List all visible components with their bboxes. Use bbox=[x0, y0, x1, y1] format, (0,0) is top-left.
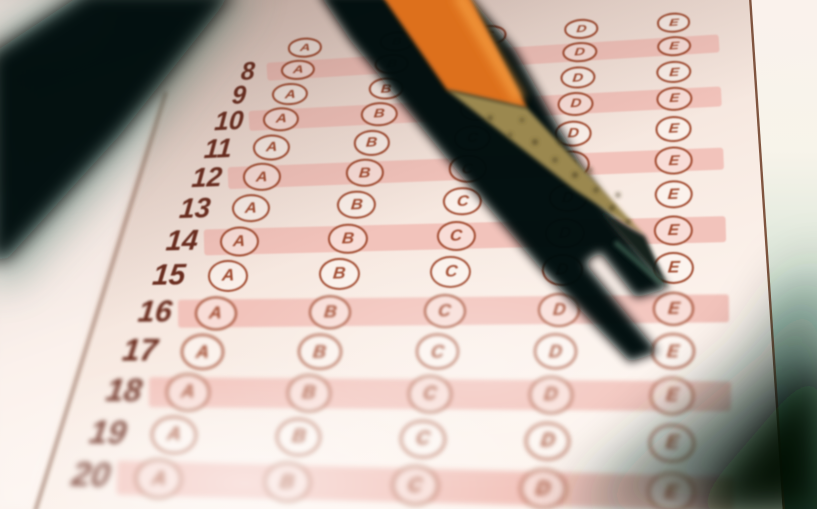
bubble-e: E bbox=[655, 60, 691, 84]
row-number: 19 bbox=[87, 413, 129, 452]
bubble-letter: D bbox=[555, 262, 569, 279]
bubble-c: C bbox=[430, 256, 471, 289]
bubble-letter: D bbox=[564, 157, 577, 172]
row-stripe bbox=[149, 377, 731, 412]
row-number: 20 bbox=[69, 456, 113, 496]
bubble-letter: C bbox=[443, 264, 457, 281]
bubble-b: B bbox=[380, 31, 415, 52]
row-number: 15 bbox=[150, 259, 186, 294]
bubble-letter: D bbox=[548, 342, 563, 360]
bubble-e: E bbox=[655, 115, 693, 142]
bubble-letter: B bbox=[373, 108, 385, 121]
bubble-b: B bbox=[360, 102, 397, 128]
bubble-letter: E bbox=[664, 482, 680, 502]
bubble-letter: A bbox=[255, 170, 268, 185]
bubble-letter: E bbox=[667, 222, 680, 238]
bubble-letter: C bbox=[437, 302, 452, 319]
bubble-letter: C bbox=[471, 103, 483, 116]
bubble-a: A bbox=[194, 296, 236, 330]
bubble-d: D bbox=[548, 183, 588, 213]
row-number: 18 bbox=[104, 372, 144, 409]
bubble-b: B bbox=[318, 258, 359, 291]
bubble-letter: B bbox=[358, 166, 371, 181]
bubble-e: E bbox=[655, 86, 692, 112]
bubble-d: D bbox=[520, 468, 568, 509]
bubble-letter: D bbox=[561, 190, 574, 205]
bubble-a: A bbox=[151, 415, 197, 454]
bubble-c: C bbox=[453, 124, 491, 151]
bubble-letter: A bbox=[244, 201, 257, 216]
bubble-e: E bbox=[654, 146, 693, 175]
bubble-letter: E bbox=[667, 187, 679, 202]
bubble-a: A bbox=[242, 162, 281, 191]
bubble-e: E bbox=[648, 472, 696, 509]
bubble-c: C bbox=[408, 376, 453, 413]
bubble-d: D bbox=[529, 376, 574, 413]
bubble-letter: B bbox=[279, 472, 296, 492]
bubble-letter: A bbox=[221, 268, 235, 285]
bubble-d: D bbox=[541, 254, 582, 287]
bubble-letter: C bbox=[466, 131, 478, 145]
bubble-d: D bbox=[525, 421, 571, 460]
bubble-b: B bbox=[287, 375, 332, 412]
bubble-c: C bbox=[416, 334, 459, 370]
bubble-a: A bbox=[288, 37, 323, 58]
row-number: 8 bbox=[240, 57, 256, 87]
bubble-a: A bbox=[181, 334, 224, 370]
bubble-letter: C bbox=[484, 30, 495, 41]
bubble-letter: E bbox=[668, 41, 679, 52]
bubble-letter: B bbox=[392, 36, 403, 47]
row-stripe bbox=[117, 462, 734, 509]
bubble-a: A bbox=[252, 134, 290, 161]
bubble-c: C bbox=[472, 25, 507, 46]
bubble-c: C bbox=[448, 154, 487, 183]
bubble-b: B bbox=[298, 334, 341, 370]
bubble-letter: A bbox=[233, 233, 247, 249]
bubble-letter: C bbox=[480, 52, 491, 63]
bubble-letter: B bbox=[302, 384, 318, 403]
bubble-letter: B bbox=[332, 266, 346, 283]
bubble-letter: D bbox=[572, 71, 584, 83]
bubble-letter: A bbox=[284, 88, 296, 100]
bubble-letter: E bbox=[668, 17, 678, 28]
bubble-c: C bbox=[442, 186, 482, 216]
bubble-letter: B bbox=[386, 58, 397, 69]
bubble-letter: A bbox=[181, 383, 197, 402]
bubble-letter: D bbox=[567, 127, 579, 141]
bubble-letter: C bbox=[423, 385, 439, 404]
row-number: 16 bbox=[136, 295, 174, 329]
bubble-e: E bbox=[654, 179, 694, 209]
bubble-e: E bbox=[653, 214, 694, 246]
bubble-letter: A bbox=[151, 469, 168, 489]
bubble-letter: D bbox=[558, 225, 572, 241]
bubble-letter: C bbox=[415, 429, 431, 449]
bubble-e: E bbox=[651, 333, 694, 369]
bubble-letter: B bbox=[322, 303, 337, 320]
bubble-letter: C bbox=[476, 77, 488, 89]
bubble-d: D bbox=[545, 217, 586, 249]
bubble-letter: D bbox=[574, 46, 585, 57]
bubble-b: B bbox=[328, 223, 369, 255]
bubble-a: A bbox=[219, 226, 260, 258]
row-number: 10 bbox=[213, 105, 244, 138]
bubble-c: C bbox=[436, 220, 477, 252]
bubble-letter: A bbox=[166, 425, 182, 445]
bubble-a: A bbox=[280, 58, 316, 81]
bubble-d: D bbox=[534, 334, 577, 370]
bubble-c: C bbox=[459, 97, 496, 123]
bubble-a: A bbox=[207, 260, 248, 293]
bubble-a: A bbox=[271, 82, 307, 106]
row-stripe bbox=[178, 294, 729, 327]
bubble-letter: E bbox=[668, 93, 679, 106]
bubble-b: B bbox=[309, 295, 351, 329]
bubble-letter: D bbox=[544, 386, 560, 405]
bubble-b: B bbox=[276, 417, 322, 456]
bubble-letter: E bbox=[667, 260, 680, 277]
bubble-a: A bbox=[231, 193, 271, 223]
bubble-d: D bbox=[559, 65, 595, 89]
row-stripe bbox=[248, 87, 722, 131]
bubble-letter: D bbox=[535, 479, 552, 499]
bubble-d: D bbox=[564, 18, 599, 39]
bubble-letter: E bbox=[666, 300, 680, 317]
bubble-a: A bbox=[262, 107, 299, 133]
bubble-letter: D bbox=[569, 98, 581, 111]
bubble-d: D bbox=[554, 120, 592, 147]
bubble-letter: A bbox=[195, 343, 210, 361]
photo-scene: ABCDE8ABCDE9ABCDE10ABCDE11ABCDE12ABCDE13… bbox=[0, 0, 817, 509]
bubble-e: E bbox=[652, 292, 694, 326]
bubble-c: C bbox=[400, 419, 446, 458]
row-stripe bbox=[204, 216, 726, 254]
bubble-e: E bbox=[650, 377, 695, 414]
row-number: 11 bbox=[203, 132, 233, 164]
row-number: 12 bbox=[190, 161, 223, 194]
bubble-b: B bbox=[353, 129, 391, 156]
bubble-c: C bbox=[391, 465, 439, 507]
bubble-d: D bbox=[562, 41, 598, 64]
bubble-letter: C bbox=[407, 476, 424, 496]
bubble-letter: A bbox=[265, 140, 277, 154]
bubble-letter: E bbox=[668, 153, 680, 167]
bubble-letter: C bbox=[455, 194, 468, 209]
row-number: 14 bbox=[164, 225, 199, 259]
bubble-letter: B bbox=[350, 197, 363, 212]
bubble-letter: C bbox=[461, 161, 474, 176]
row-number: 17 bbox=[120, 333, 159, 369]
bubble-letter: B bbox=[366, 136, 378, 150]
row-stripe bbox=[227, 147, 724, 189]
bubble-c: C bbox=[463, 71, 499, 95]
bubble-e: E bbox=[649, 423, 695, 462]
row-stripe bbox=[266, 35, 719, 80]
bubble-b: B bbox=[263, 462, 311, 504]
answer-sheet: ABCDE8ABCDE9ABCDE10ABCDE11ABCDE12ABCDE13… bbox=[0, 0, 817, 509]
bubble-e: E bbox=[656, 12, 691, 33]
bubble-d: D bbox=[537, 293, 579, 327]
bubble-letter: C bbox=[450, 228, 464, 244]
row-number: 9 bbox=[230, 81, 246, 111]
bubble-b: B bbox=[337, 190, 377, 220]
bubble-letter: B bbox=[312, 343, 327, 361]
bubble-e: E bbox=[652, 252, 693, 285]
bubble-letter: D bbox=[539, 431, 555, 451]
bubble-c: C bbox=[423, 294, 465, 328]
row-number: 13 bbox=[178, 192, 212, 225]
bubble-letter: D bbox=[551, 301, 566, 318]
bubble-b: B bbox=[367, 76, 403, 100]
bubble-letter: E bbox=[668, 66, 679, 78]
bubble-b: B bbox=[345, 158, 384, 187]
bubble-d: D bbox=[551, 150, 590, 179]
bubble-letter: B bbox=[290, 427, 306, 447]
bubble-letter: D bbox=[576, 24, 587, 35]
bubble-letter: E bbox=[668, 122, 680, 136]
bubble-letter: E bbox=[665, 386, 680, 405]
bubble-letter: E bbox=[665, 433, 680, 453]
bubble-letter: A bbox=[292, 64, 303, 75]
bubble-letter: A bbox=[299, 42, 310, 53]
bubble-d: D bbox=[557, 91, 594, 117]
bubble-letter: E bbox=[666, 342, 680, 360]
bubble-c: C bbox=[468, 47, 504, 70]
bubble-a: A bbox=[135, 458, 183, 500]
bubble-letter: A bbox=[208, 304, 223, 321]
bubble-e: E bbox=[656, 35, 692, 58]
bubble-b: B bbox=[374, 53, 410, 76]
bubble-letter: A bbox=[275, 113, 287, 126]
bubble-letter: B bbox=[380, 82, 392, 94]
bubble-letter: B bbox=[341, 231, 355, 247]
bubble-a: A bbox=[166, 374, 211, 411]
bubble-letter: C bbox=[430, 342, 445, 360]
